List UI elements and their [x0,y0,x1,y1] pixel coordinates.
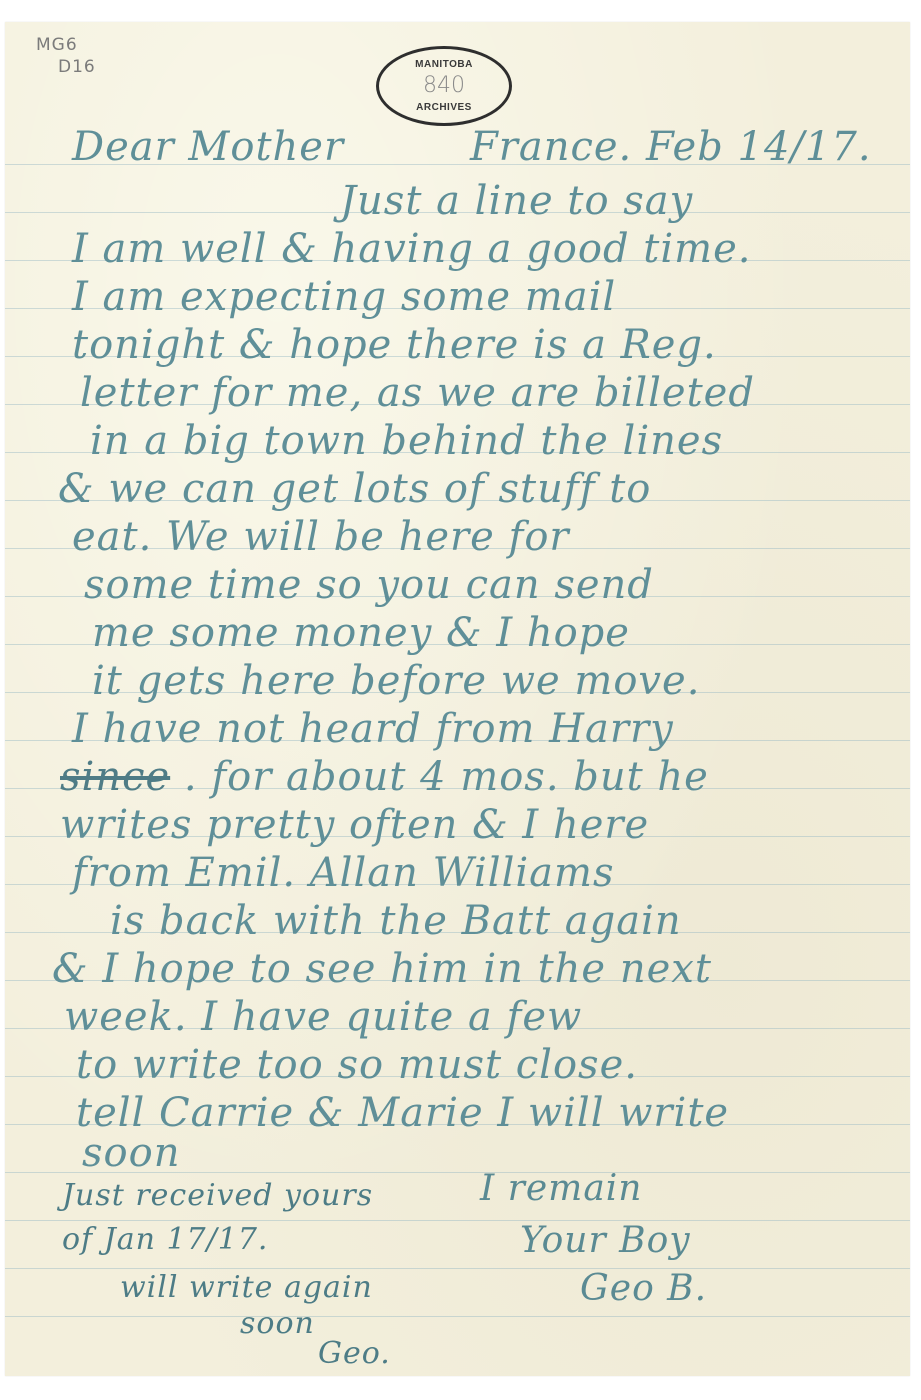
letter-line: letter for me, as we are billeted [80,370,755,416]
ruled-line [5,1268,910,1269]
archives-stamp: MANITOBA 840 ARCHIVES [376,46,512,126]
postscript-line: of Jan 17/17. [62,1222,268,1257]
letter-line: week. I have quite a few [64,994,582,1040]
letter-line: it gets here before we move. [92,658,700,704]
letter-line: soon [82,1130,180,1176]
letter-line: eat. We will be here for [72,514,570,560]
archive-reference-line1: MG6 [36,34,96,56]
letter-line: I am expecting some mail [72,274,616,320]
salutation: Dear Mother [72,124,344,170]
letter-line: me some money & I hope [92,610,630,656]
letter-line-text: for about 4 mos. but he [211,754,709,800]
letter-line: in a big town behind the lines [90,418,723,464]
stamp-top-text: MANITOBA [379,59,509,70]
letter-line-with-strike: since . for about 4 mos. but he [60,754,709,800]
letter-line: & we can get lots of stuff to [58,466,651,512]
letter-line: writes pretty often & I here [60,802,649,848]
archive-reference: MG6 D16 [36,34,96,78]
closing-line: I remain [480,1168,642,1209]
ruled-line [5,1220,910,1221]
letter-line: tonight & hope there is a Reg. [72,322,717,368]
postscript-line: Just received yours [62,1178,373,1213]
ruled-line [5,1316,910,1317]
closing-line: Your Boy [520,1220,691,1261]
letter-line: & I hope to see him in the next [52,946,712,992]
letter-line: I have not heard from Harry [72,706,674,752]
postscript-signature: Geo. [318,1336,391,1371]
letter-line: from Emil. Allan Williams [72,850,614,896]
archive-reference-line2: D16 [36,56,96,78]
letter-line: I am well & having a good time. [72,226,751,272]
postscript-line: will write again [120,1270,373,1305]
letter-line: Just a line to say [340,178,693,224]
struck-word: since [60,754,170,800]
letter-line: to write too so must close. [76,1042,638,1088]
postscript-line: soon [240,1306,315,1341]
signature: Geo B. [580,1268,707,1309]
place-date: France. Feb 14/17. [470,124,872,170]
stamp-bottom-text: ARCHIVES [379,102,509,113]
letter-line: some time so you can send [84,562,654,608]
stamp-number: 840 [379,73,509,98]
letter-line: is back with the Batt again [110,898,682,944]
